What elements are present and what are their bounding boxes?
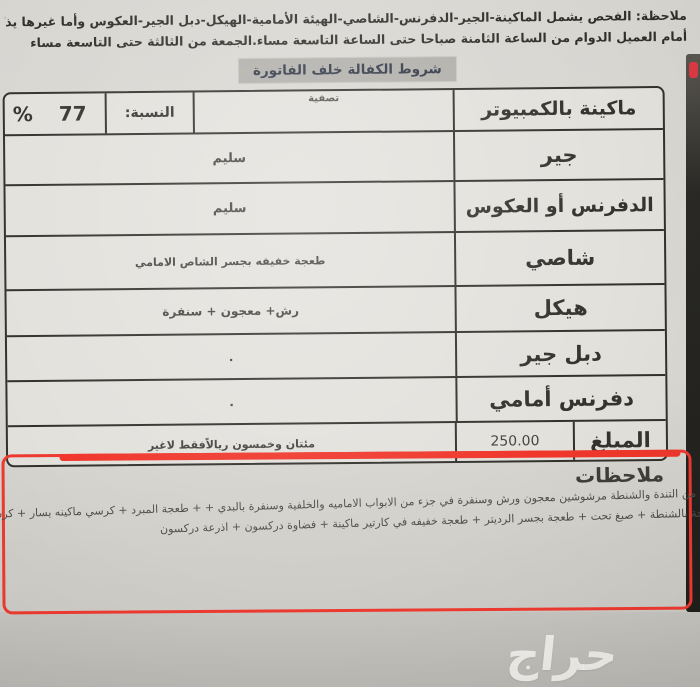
red-edge-mark xyxy=(689,62,698,78)
row-label: هيكل xyxy=(454,285,664,331)
haraj-watermark: حراج xyxy=(504,627,620,681)
notes-heading: ملاحظات xyxy=(575,462,664,487)
document-photo: ملاحظة: الفحص يشمل الماكينة-الجير-الدفرن… xyxy=(0,0,700,687)
row-value: سليم xyxy=(5,132,453,184)
ratio-value-cell: % 77 xyxy=(5,93,105,134)
inspection-table: ماكينة بالكمبيوتر تصفية النسبة: % 77 جير… xyxy=(3,86,669,467)
row-value: رش+ معجون + سنفرة xyxy=(6,287,454,335)
row-label: دفرنس أمامي xyxy=(455,376,665,421)
row-value: . xyxy=(7,333,455,380)
row-label: دبل جير xyxy=(455,331,665,376)
percent-sign: % xyxy=(13,102,33,126)
subnote-cell: تصفية xyxy=(193,90,453,132)
table-row: دفرنس أمامي . xyxy=(7,376,665,427)
table-row: هيكل رش+ معجون + سنفرة xyxy=(6,285,664,337)
ratio-label: النسبة: xyxy=(105,92,193,133)
row-value: سليم xyxy=(5,182,453,235)
table-row: دبل جير . xyxy=(7,331,665,382)
ratio-value: 77 xyxy=(59,102,87,126)
row-label: الدفرنس أو العكوس xyxy=(453,180,663,231)
row-value: . xyxy=(7,378,455,425)
table-header-row: ماكينة بالكمبيوتر تصفية النسبة: % 77 xyxy=(5,88,663,136)
row-value: طعجة خفيفه بجسر الشاص الامامي xyxy=(6,233,454,289)
table-row: جير سليم xyxy=(5,130,663,186)
row-label: جير xyxy=(453,130,663,180)
table-row: الدفرنس أو العكوس سليم xyxy=(5,180,663,237)
header-note: ملاحظة: الفحص يشمل الماكينة-الجير-الدفرن… xyxy=(5,5,687,54)
row-label: شاصي xyxy=(454,231,664,285)
machine-computer-label: ماكينة بالكمبيوتر xyxy=(453,88,663,130)
warranty-conditions-box: شروط الكفالة خلف الفاتورة xyxy=(239,57,456,83)
table-row: شاصي طعجة خفيفه بجسر الشاص الامامي xyxy=(6,231,664,291)
